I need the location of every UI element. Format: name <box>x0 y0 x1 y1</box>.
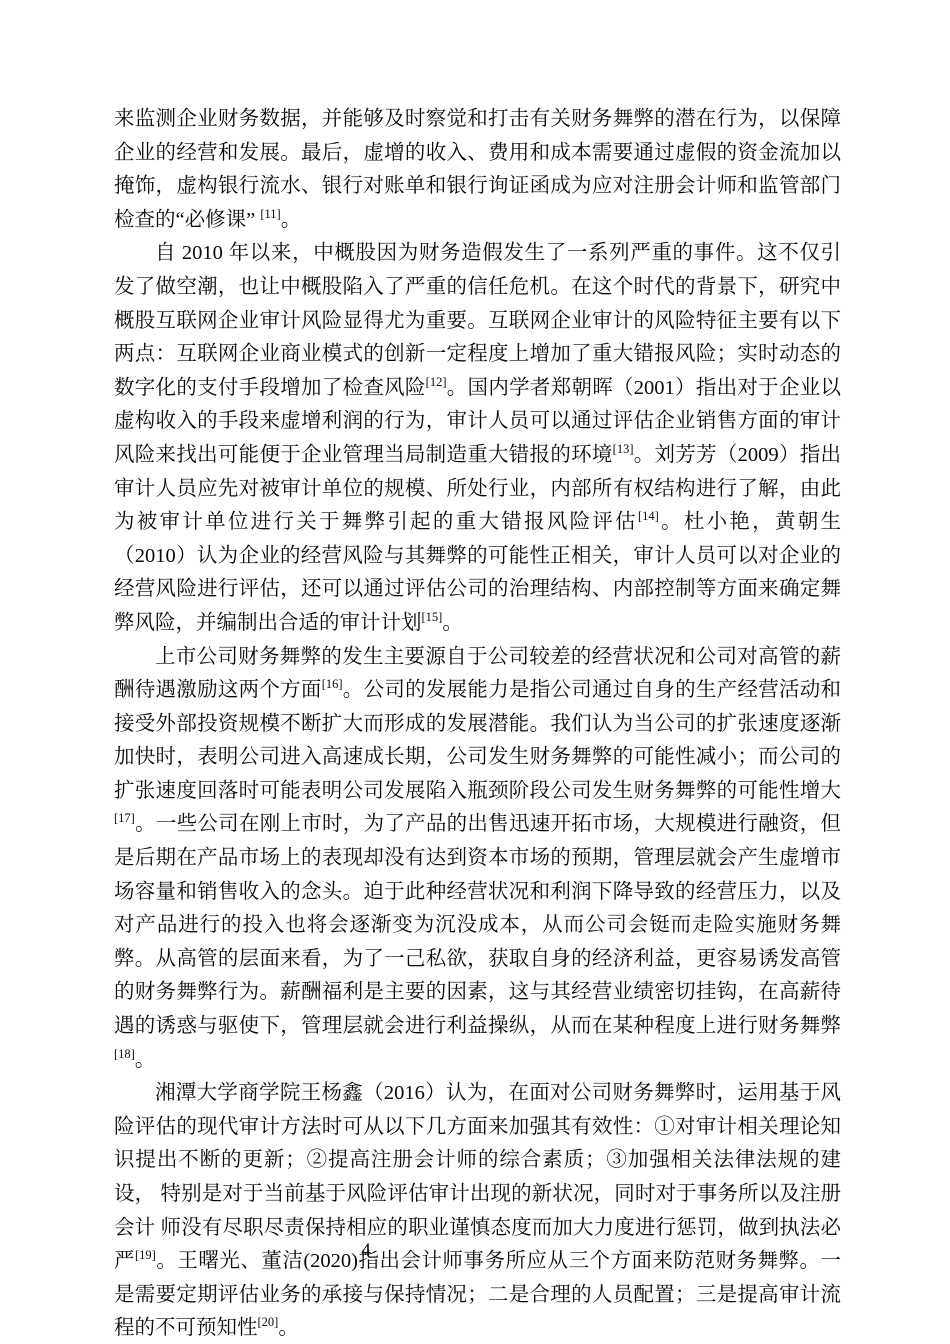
text-run: 。 <box>278 1317 299 1339</box>
document-page: 来监测企业财务数据，并能够及时察觉和打击有关财务舞弊的潜在行为，以保障企业的经营… <box>0 0 950 1344</box>
citation-ref: [18] <box>114 1047 135 1061</box>
citation-ref: [20] <box>258 1316 279 1330</box>
text-run: 来监测企业财务数据，并能够及时察觉和打击有关财务舞弊的潜在行为，以保障企业的经营… <box>114 108 841 231</box>
paragraph: 湘潭大学商学院王杨鑫（2016）认为，在面对公司财务舞弊时，运用基于风险评估的现… <box>114 1077 841 1344</box>
citation-ref: [17] <box>114 812 135 826</box>
citation-ref: [14] <box>638 509 659 523</box>
text-run: 。 <box>135 1049 156 1071</box>
paragraph: 来监测企业财务数据，并能够及时察觉和打击有关财务舞弊的潜在行为，以保障企业的经营… <box>114 103 841 237</box>
citation-ref: [12] <box>426 375 447 389</box>
text-run: 自 2010 年以来，中概股因为财务造假发生了一系列严重的事件。这不仅引发了做空… <box>114 242 841 398</box>
text-run: 。 <box>442 612 463 634</box>
citation-ref: [19] <box>135 1248 156 1262</box>
citation-ref: [16] <box>322 677 343 691</box>
text-run: 。 <box>281 209 302 231</box>
page-footer: 4 <box>336 1240 396 1262</box>
paragraph: 自 2010 年以来，中概股因为财务造假发生了一系列严重的事件。这不仅引发了做空… <box>114 237 841 640</box>
page-body-text: 来监测企业财务数据，并能够及时察觉和打击有关财务舞弊的潜在行为，以保障企业的经营… <box>114 103 841 1344</box>
text-run: 。一些公司在刚上市时，为了产品的出售迅速开拓市场，大规模进行融资，但是后期在产品… <box>114 813 841 1037</box>
paragraph: 上市公司财务舞弊的发生主要源自于公司较差的经营状况和公司对高管的薪酬待遇激励这两… <box>114 641 841 1078</box>
text-run: 。王曙光、董洁(2020)指出会计师事务所应从三个方面来防范财务舞弊。一是需要定… <box>114 1250 841 1339</box>
citation-ref: [13] <box>613 442 634 456</box>
citation-ref: [15] <box>422 610 443 624</box>
citation-ref: [11] <box>260 207 280 221</box>
text-run: 湘潭大学商学院王杨鑫（2016）认为，在面对公司财务舞弊时，运用基于风险评估的现… <box>114 1082 841 1272</box>
page-number: 4 <box>361 1240 371 1261</box>
